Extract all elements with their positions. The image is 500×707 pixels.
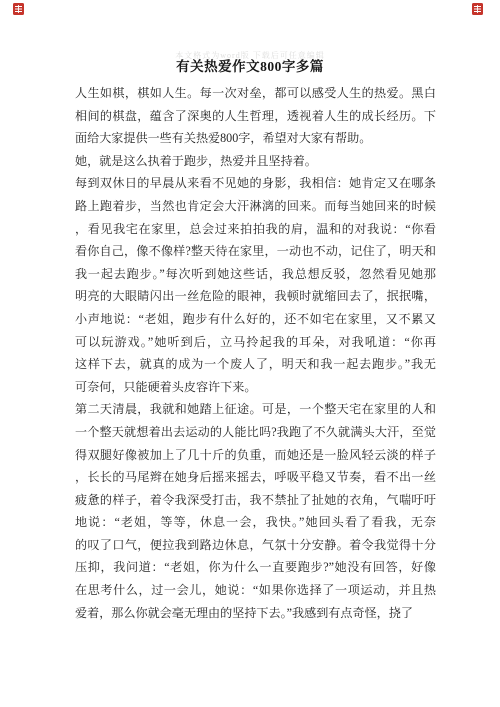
text-line: 明亮的大眼睛闪出一丝危险的眼神，我顿时就缩回去了，抿抿嘴， — [75, 285, 436, 308]
essay-body: 人生如棋，棋如人生。每一次对垒，都可以感受人生的热爱。黑白相间的棋盘，蕴含了深奥… — [75, 82, 436, 624]
text-line: 疲惫的样子，着令我深受打击，我不禁扯了扯她的衣角，气喘吁吁 — [75, 489, 436, 512]
text-line: 相间的棋盘，蕴含了深奥的人生哲理，透视着人生的成长经历。下 — [75, 105, 436, 128]
red-stamp-icon — [472, 3, 483, 15]
text-line: 我一起去跑步。”每次听到她这些话，我总想反驳，忽然看见她那 — [75, 263, 436, 286]
text-line: 路上跑着步，当然也肯定会大汗淋漓的回来。而每当她回来的时候 — [75, 195, 436, 218]
text-line: 压抑，我问道：“老姐，你为什么一直要跑步?”她没有回答，好像 — [75, 556, 436, 579]
page-title: 有关热爱作文800字多篇 — [70, 57, 430, 77]
document-page: 本文格式为word版 下载后可任意编辑 有关热爱作文800字多篇 人生如棋，棋如… — [0, 0, 500, 707]
red-stamp-icon — [13, 3, 24, 15]
text-line: 在思考什么，过一会儿，她说：“如果你选择了一项运动，并且热 — [75, 579, 436, 602]
text-line: 爱着，那么你就会毫无理由的坚持下去。”我感到有点奇怪，挠了 — [75, 602, 436, 625]
text-line: 她，就是这么执着于跑步，热爱并且坚持着。 — [75, 150, 436, 173]
text-line: ，长长的马尾辫在她身后摇来摇去，呼吸平稳又节奏，看不出一丝 — [75, 466, 436, 489]
text-line: 小声地说：“老姐，跑步有什么好的，还不如宅在家里，又不累又 — [75, 308, 436, 331]
text-line: 人生如棋，棋如人生。每一次对垒，都可以感受人生的热爱。黑白 — [75, 82, 436, 105]
text-line: 看你自己，像不像样?整天待在家里，一动也不动，记住了，明天和 — [75, 240, 436, 263]
text-line: 一个整天就想着出去运动的人能比吗?我跑了不久就满头大汗，至觉 — [75, 421, 436, 444]
text-line: 可以玩游戏。”她听到后，立马拎起我的耳朵，对我吼道：“你再 — [75, 331, 436, 354]
text-line: 得双腿好像被加上了几十斤的负重，而她还是一脸风轻云淡的样子 — [75, 444, 436, 467]
text-line: 地说：“老姐，等等，休息一会，我快。”她回头看了看我，无奈 — [75, 511, 436, 534]
text-line: 面给大家提供一些有关热爱800字，希望对大家有帮助。 — [75, 127, 436, 150]
text-line: ，看见我宅在家里，总会过来拍拍我的肩，温和的对我说：“你看 — [75, 218, 436, 241]
text-line: 可奈何，只能硬着头皮容许下来。 — [75, 376, 436, 399]
text-line: 每到双休日的早晨从来看不见她的身影，我相信：她肯定又在哪条 — [75, 172, 436, 195]
text-line: 这样下去，就真的成为一个废人了，明天和我一起去跑步。”我无 — [75, 353, 436, 376]
text-line: 第二天清晨，我就和她踏上征途。可是，一个整天宅在家里的人和 — [75, 398, 436, 421]
text-line: 的叹了口气，便拉我到路边休息，气氛十分安静。着令我觉得十分 — [75, 534, 436, 557]
